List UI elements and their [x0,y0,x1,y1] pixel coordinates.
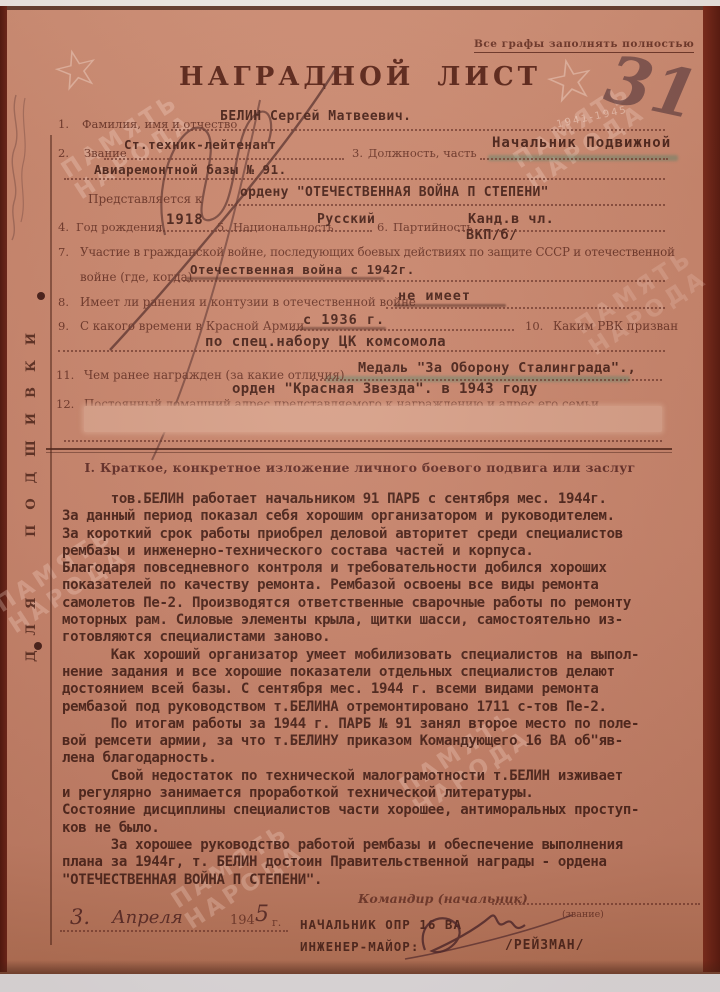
field1-number: 1. [58,117,69,131]
date-year-handwritten: 5 [255,902,269,927]
field11-value-line2: орден "Красная Звезда". в 1943 году [232,381,538,397]
dotted-line [308,230,372,232]
dotted-line [60,930,288,932]
margin-pencil-note [2,90,34,250]
dotted-line [228,204,665,206]
field1-value: БЕЛИН Сергей Матвеевич. [220,109,412,124]
nominated-value: ордену "ОТЕЧЕСТВЕННАЯ ВОЙНА П СТЕПЕНИ" [240,185,549,200]
dotted-line [386,307,665,309]
field11-number: 11. [56,368,74,382]
field6-number: 6. [377,220,388,234]
dotted-line [58,350,665,352]
field11-value-line1: Медаль "За Оборону Сталинграда"., [358,360,636,376]
dotted-line [292,329,514,331]
field6-value-line1: Канд.в чл. [468,211,554,227]
date-suffix: г. [272,916,281,929]
field8-number: 8. [58,295,69,309]
punch-hole [37,292,45,300]
field2-number: 2. [58,146,69,160]
field3-label: Должность, часть [368,146,477,160]
field5-number: 5. [217,220,228,234]
field4-number: 4. [58,220,69,234]
signature [400,895,580,970]
date-day-handwritten: 3. [70,905,90,929]
field7-value: Отечественная война с 1942г. [190,262,415,277]
field9-label: С какого времени в Красной Армии [80,319,304,333]
memory-watermark: ПАМЯТЬ НАРОДА [571,245,712,361]
dotted-line [178,280,665,282]
page-top-edge [0,6,720,10]
binding-rule [50,135,52,945]
dotted-line [158,129,665,131]
field3-value-line1: Начальник Подвижной [492,135,671,151]
section1-heading: I. Краткое, конкретное изложение личного… [0,460,720,475]
section-divider [46,448,672,450]
field9-value: с 1936 г. [303,312,385,328]
award-sheet-document: ☆ ☆ 1941-1945 ПАМЯТЬ НАРОДА ПАМЯТЬ НАРОД… [0,0,720,992]
dotted-line [458,230,665,232]
signer-name: /РЕЙЗМАН/ [505,938,584,953]
field9-number: 9. [58,319,69,333]
field8-value: не имеет [398,288,471,304]
field2-value: Ст.техник-лейтенант [124,137,277,152]
dotted-line [64,178,665,180]
field7-label-line2: войне (где, когда) [80,270,192,284]
field7-label-line1: Участие в гражданской войне, последующих… [80,245,675,259]
page-right-edge [703,6,720,972]
citation-body: тов.БЕЛИН работает начальником 91 ПАРБ с… [62,491,639,889]
redacted-address [84,406,662,432]
scan-bottom-strip [0,974,720,992]
dotted-line [64,440,662,442]
field3-value-line2: Авиаремонтной базы № 91. [94,162,287,177]
field10-value: по спец.набору ЦК комсомола [205,334,446,350]
field8-label: Имеет ли ранения и контузии в отечествен… [80,295,416,309]
field5-value: Русский [317,212,375,227]
field12-number: 12. [56,397,74,411]
field7-number: 7. [58,245,69,259]
field10-number: 10. [525,319,543,333]
corner-page-number: 31 [599,39,705,134]
field3-number: 3. [352,146,363,160]
date-year-printed: 194 [230,913,255,928]
punch-hole [34,642,42,650]
nominated-label: Представляется к [88,192,202,206]
page-bottom-shadow [0,960,720,974]
field4-value: 1918 [166,212,204,228]
field10-label: Каким РВК призван [553,319,678,333]
field11-label: Чем ранее награжден (за какие отличия) [84,368,344,382]
dotted-line [104,158,344,160]
section-divider [46,452,672,453]
field4-label: Год рождения [76,220,163,234]
date-month-handwritten: Апреля [112,907,183,928]
dotted-line [480,158,668,160]
